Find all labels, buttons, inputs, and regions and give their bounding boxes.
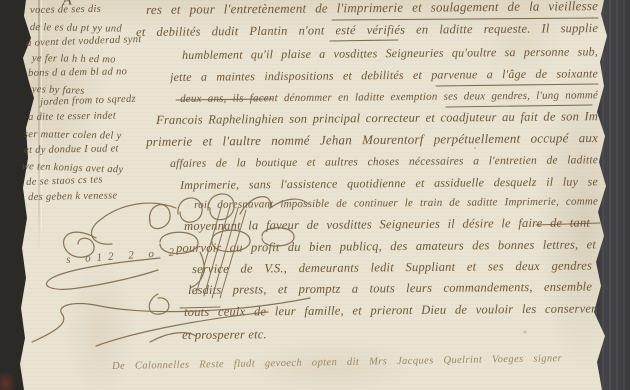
manuscript-line: Francois Raphelinghien son principal cor… (156, 108, 598, 130)
margin-note-line: ye fer la h h ed mo (32, 53, 116, 66)
margin-note-line: des geben k venesse (28, 190, 118, 204)
manuscript-line: jette a maintes indispositions et debili… (170, 65, 598, 87)
manuscript-line: affaires de la boutique et aultres chose… (170, 152, 598, 174)
manuscript-line: deux ans, ils facent dénommer en laditte… (180, 87, 598, 109)
manuscript-line: lesdits prests, et promptz a touts leurs… (188, 278, 592, 300)
manuscript-line: pourvoir au profit du bien publicq, des … (176, 236, 596, 258)
manuscript-photograph: A voces de ses dis de le es du pt yy und… (0, 0, 630, 390)
backing-red-corner (0, 368, 18, 390)
manuscript-line: roit doresnavant impossible de continuer… (194, 193, 598, 215)
margin-note-line: et dy dondue I oud et (24, 143, 119, 157)
margin-note-line: de le es du pt yy und (30, 22, 122, 36)
margin-note-line: a dite te esser indet (28, 110, 116, 124)
manuscript-line: et prosperer etc. (182, 326, 322, 345)
margin-note-line: bons d a dem bl ad no (28, 66, 127, 80)
manuscript-line: Imprimerie, sans l'assistence quotidienn… (180, 173, 598, 195)
manuscript-line: moyennant la faveur de vosdittes Seigneu… (184, 214, 590, 236)
manuscript-line: humblement qu'il plaise a vosdittes Seig… (182, 43, 598, 65)
margin-note-line: ser matter colen del y (24, 129, 122, 143)
manuscript-line: service de V.S., demeurants ledit Suppli… (192, 258, 592, 279)
margin-note-line: voces de ses dis (30, 4, 101, 17)
manuscript-line: touts ceulx de leur famille, et prieront… (184, 300, 598, 322)
